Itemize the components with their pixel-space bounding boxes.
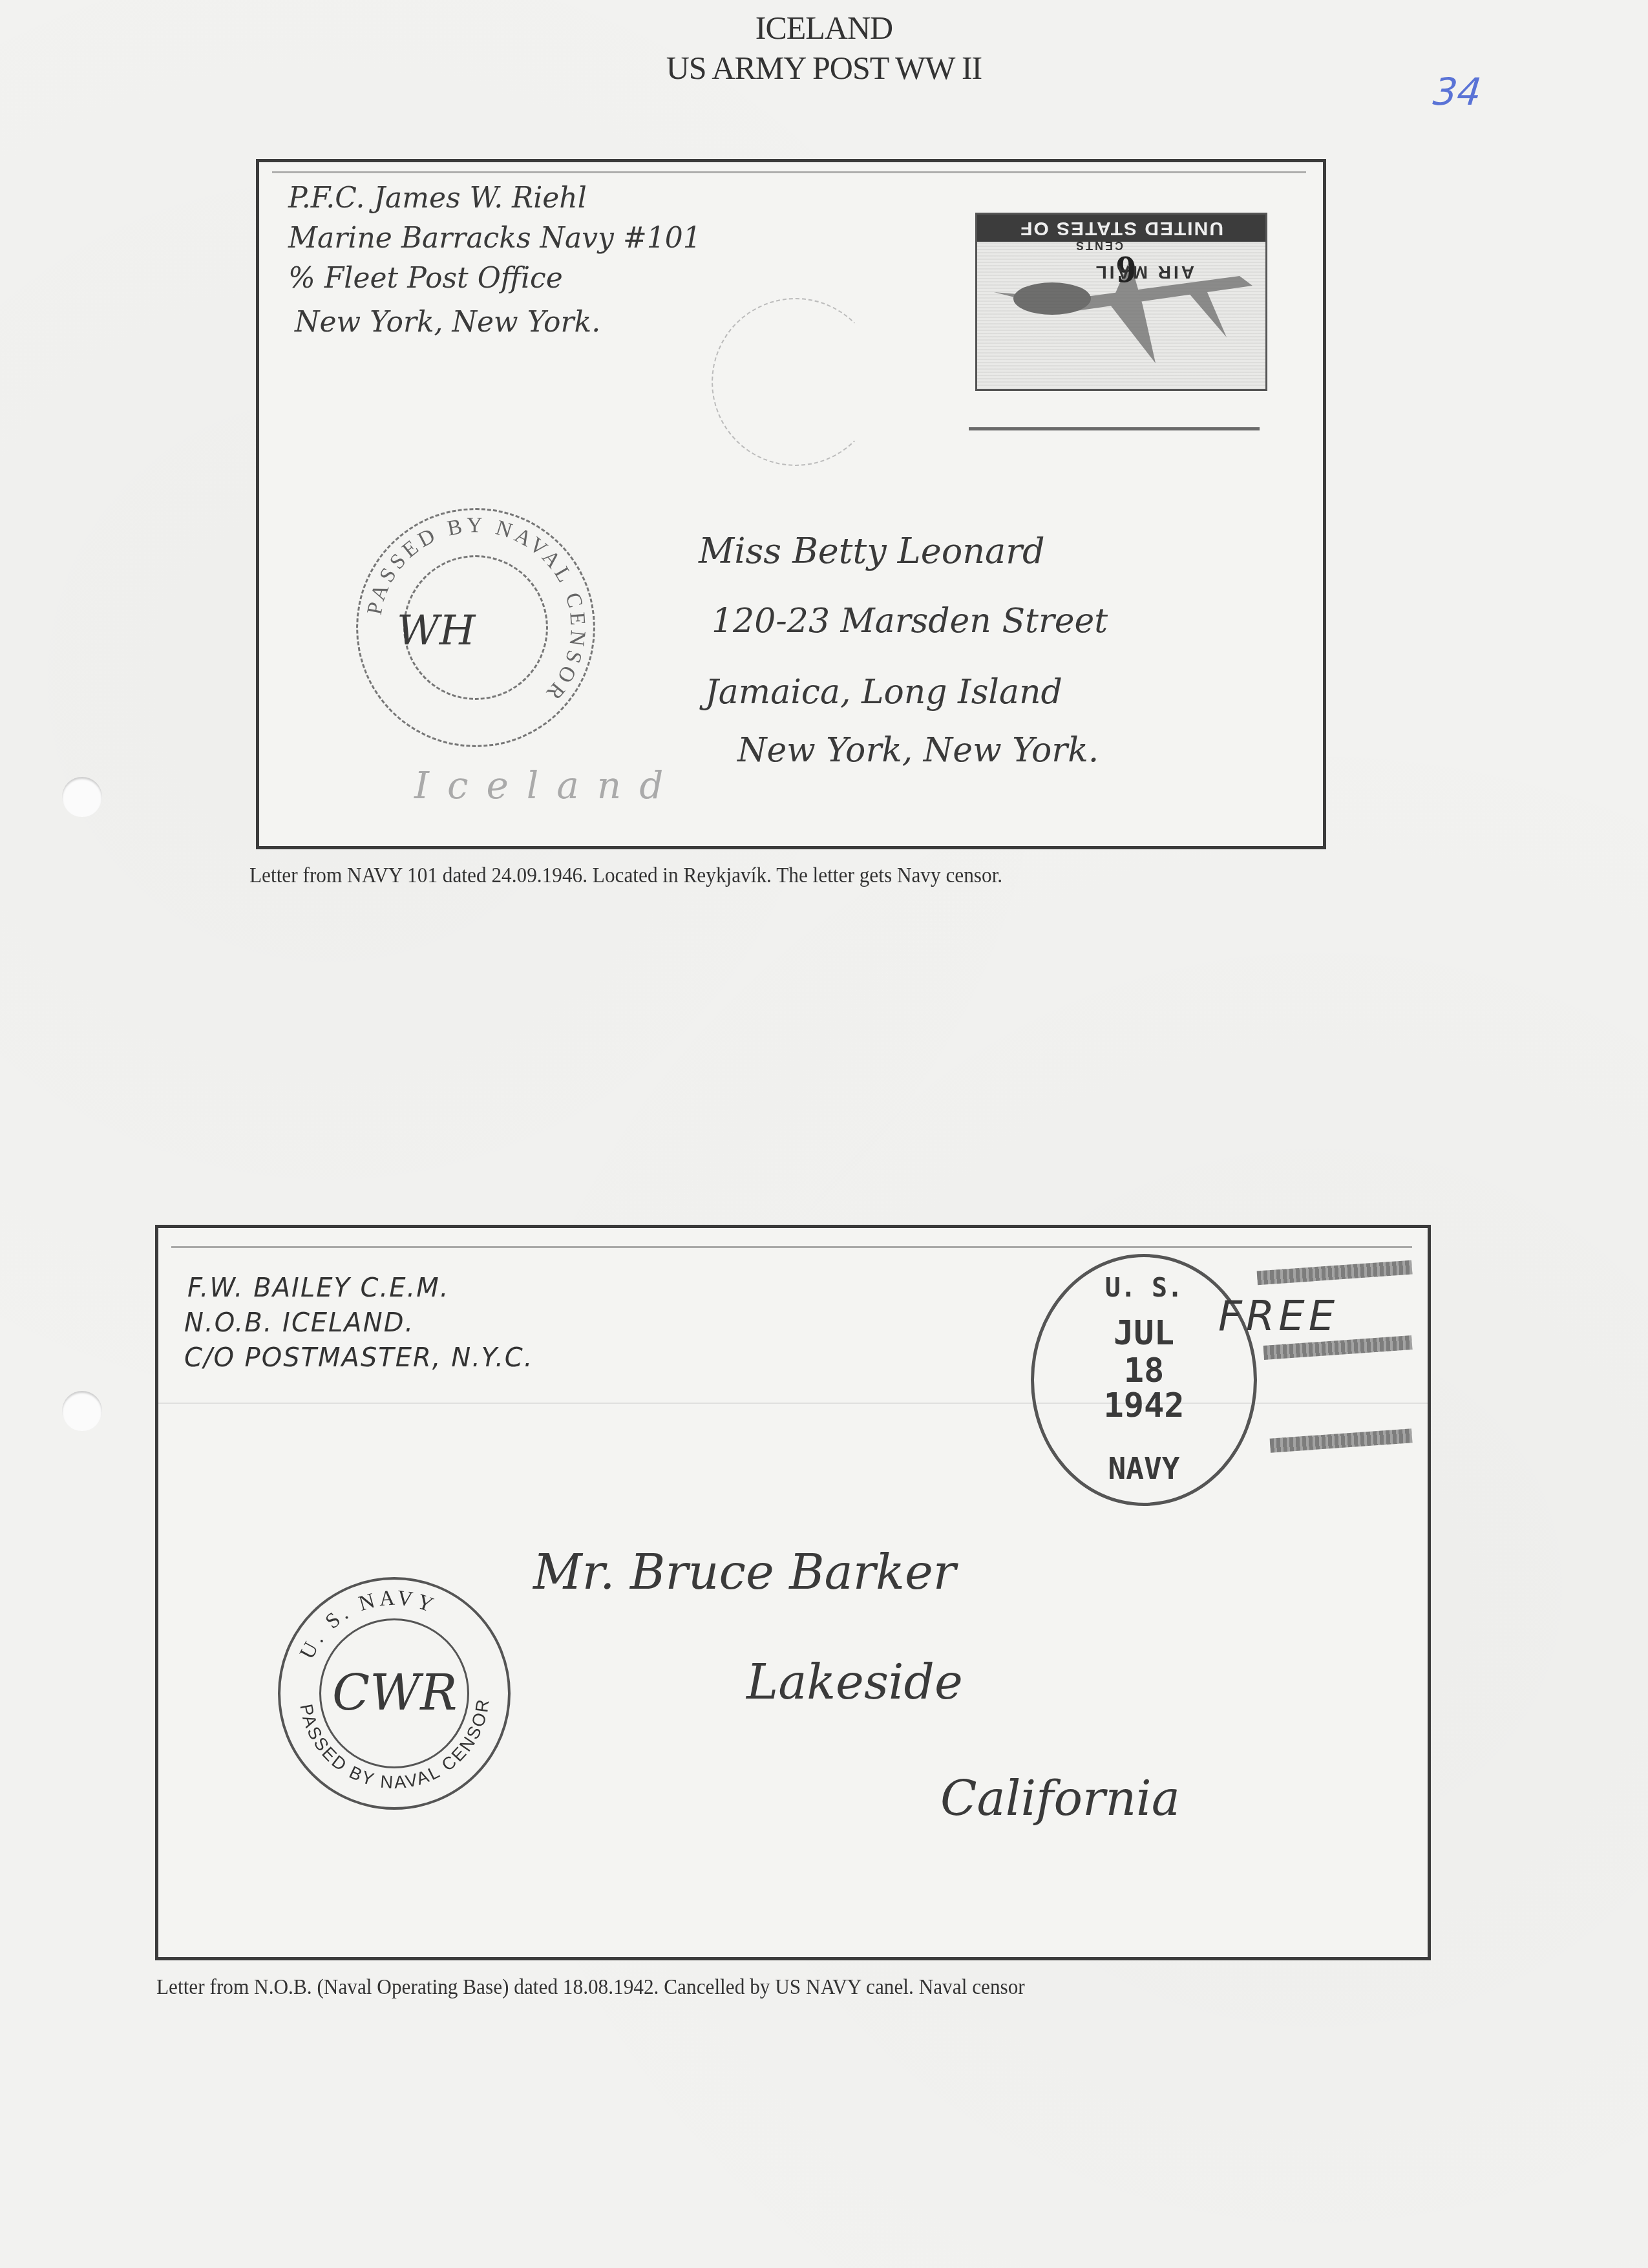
cover-1: P.F.C. James W. Riehl Marine Barracks Na…: [256, 159, 1326, 849]
postmark-day: 18: [1034, 1351, 1254, 1390]
cover-1-caption: Letter from NAVY 101 dated 24.09.1946. L…: [249, 864, 1002, 888]
postmark-bottom: NAVY: [1034, 1451, 1254, 1486]
faint-annotation: Iceland: [414, 763, 681, 807]
airmail-stamp: UNITED STATES OF AMERICA 6 AIR MAIL CENT…: [975, 213, 1267, 391]
cover-2: F.W. BAILEY C.E.M. N.O.B. ICELAND. C/O P…: [155, 1225, 1431, 1960]
recipient-line: California: [940, 1771, 1180, 1827]
recipient-line: Lakeside: [746, 1655, 963, 1710]
sender-line: F.W. BAILEY C.E.M.: [187, 1273, 449, 1303]
recipient-line: Mr. Bruce Barker: [533, 1545, 956, 1600]
sender-line: New York, New York.: [295, 306, 600, 339]
censor-mark-outer: PASSED BY NAVAL CENSOR WH: [356, 508, 595, 747]
cancel-bar: [1257, 1260, 1413, 1286]
stamp-type: AIR MAIL: [1093, 262, 1194, 282]
censor-initials: CWR: [332, 1664, 458, 1721]
punch-hole-icon: [62, 1391, 102, 1431]
postmark-year: 1942: [1034, 1386, 1254, 1425]
sender-line: Marine Barracks Navy #101: [288, 222, 701, 255]
page-title: ICELAND: [0, 9, 1648, 47]
cancel-bar: [1270, 1428, 1413, 1452]
sender-line: N.O.B. ICELAND.: [184, 1308, 414, 1338]
sender-line: P.F.C. James W. Riehl: [288, 182, 587, 215]
page-subtitle: US ARMY POST WW II: [0, 49, 1648, 87]
cover-2-caption: Letter from N.O.B. (Naval Operating Base…: [156, 1975, 1025, 2000]
sender-line: % Fleet Post Office: [288, 262, 563, 295]
stamp-image: 6 AIR MAIL CENTS: [977, 242, 1265, 389]
naval-censor-mark: U. S. NAVY PASSED BY NAVAL CENSOR CWR: [278, 1577, 511, 1810]
recipient-line: Jamaica, Long Island: [705, 673, 1062, 712]
censor-initials: WH: [397, 607, 476, 655]
stamp-underline: [969, 427, 1260, 430]
recipient-line: Miss Betty Leonard: [699, 531, 1045, 571]
torn-edge: [171, 1246, 1412, 1248]
recipient-line: 120-23 Marsden Street: [712, 602, 1108, 641]
page-number: 34: [1431, 70, 1483, 114]
stamp-banner: UNITED STATES OF AMERICA: [977, 215, 1265, 242]
navy-postmark: U. S. JUL 18 1942 NAVY: [1031, 1254, 1257, 1506]
stamp-unit: CENTS: [1074, 238, 1123, 252]
punch-hole-icon: [62, 777, 102, 817]
free-frank: FREE: [1218, 1293, 1338, 1341]
sender-line: C/O POSTMASTER, N.Y.C.: [184, 1343, 534, 1373]
torn-edge: [272, 171, 1306, 173]
faint-postmark: [712, 298, 880, 466]
recipient-line: New York, New York.: [737, 731, 1099, 770]
